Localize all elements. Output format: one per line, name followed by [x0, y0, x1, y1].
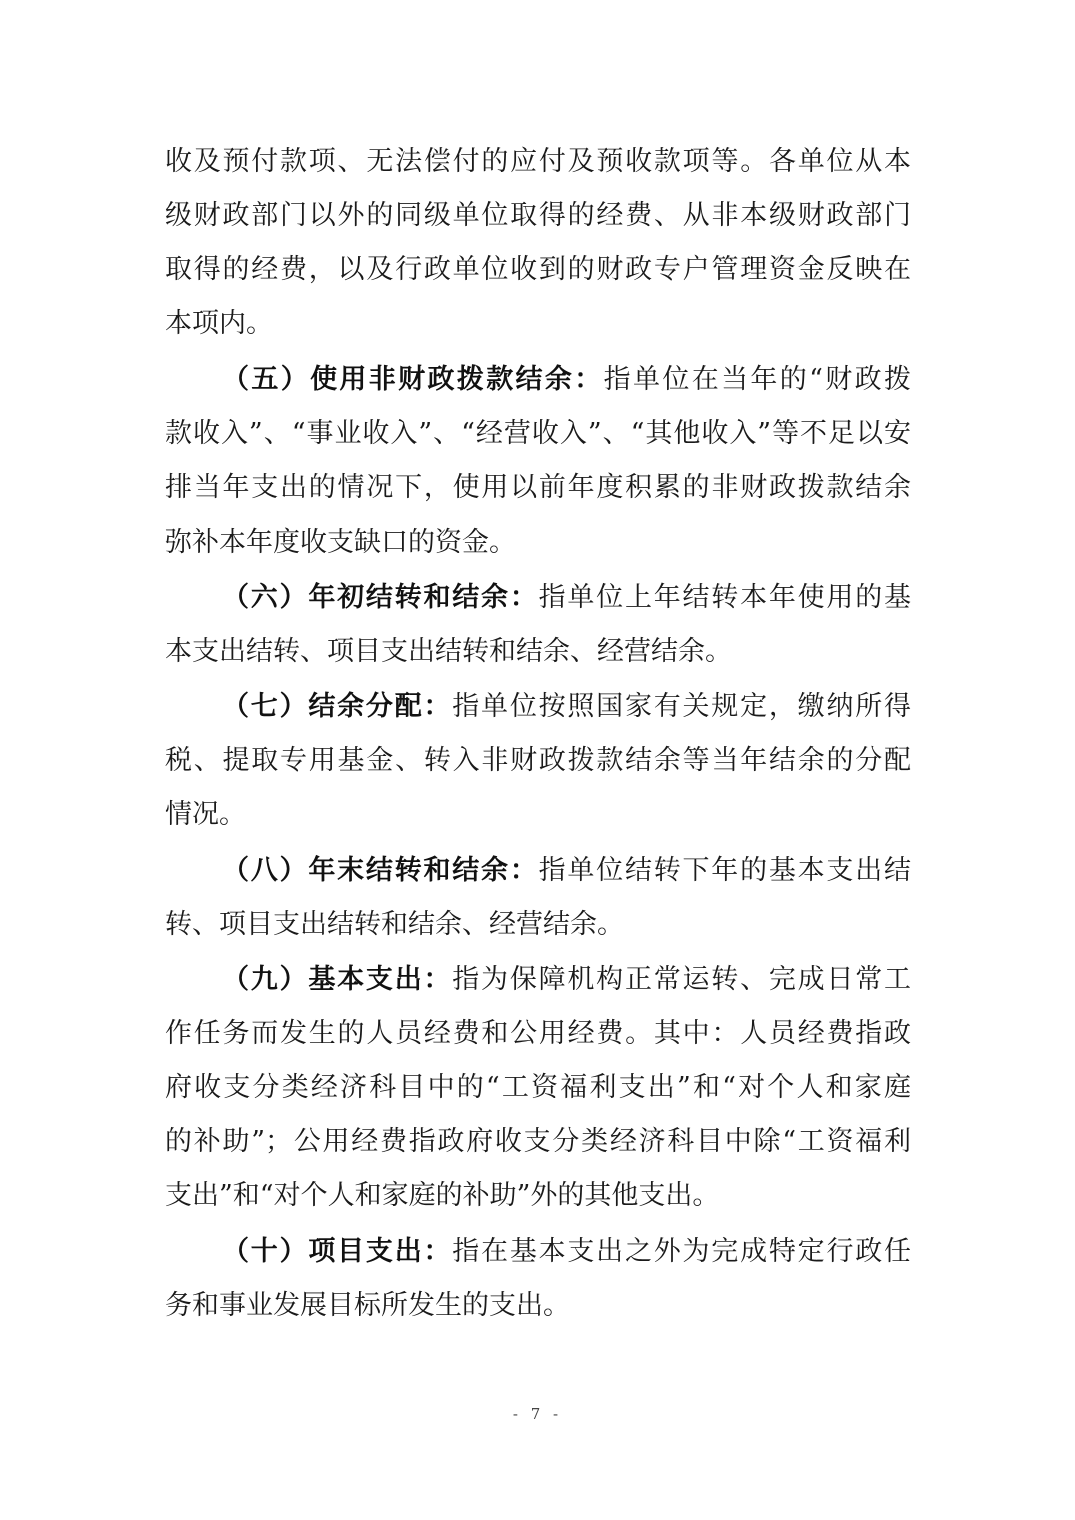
definition-text: 指单位上年结转本年使用的基 — [539, 582, 911, 613]
paragraph-line: 税、提取专用基金、转入非财政拨款结余等当年结余的分配 — [165, 741, 911, 781]
page-number: - 7 - — [0, 1405, 1075, 1423]
paragraph-line: 本支出结转、项目支出结转和结余、经营结余。 — [165, 632, 911, 672]
paragraph-line: 款收入”、“事业收入”、“经营收入”、“其他收入”等不足以安 — [165, 414, 911, 454]
paragraph-item-10-first-line: （十）项目支出：指在基本支出之外为完成特定行政任 — [222, 1232, 911, 1272]
paragraph-item-5-first-line: （五）使用非财政拨款结余：指单位在当年的“财政拨 — [222, 360, 911, 400]
paragraph-item-9-first-line: （九）基本支出：指为保障机构正常运转、完成日常工 — [222, 960, 911, 1000]
paragraph-line: 支出”和“对个人和家庭的补助”外的其他支出。 — [165, 1176, 911, 1216]
paragraph-line: 弥补本年度收支缺口的资金。 — [165, 523, 911, 563]
paragraph-line: 的补助”；公用经费指政府收支分类经济科目中除“工资福利 — [165, 1122, 911, 1162]
term-heading: （八）年末结转和结余： — [222, 855, 539, 886]
term-heading: （六）年初结转和结余： — [222, 582, 539, 613]
definition-text: 指单位按照国家有关规定，缴纳所得 — [452, 691, 911, 722]
paragraph-line: 收及预付款项、无法偿付的应付及预收款项等。各单位从本 — [165, 142, 911, 182]
paragraph-item-7-first-line: （七）结余分配：指单位按照国家有关规定，缴纳所得 — [222, 687, 911, 727]
paragraph-item-8-first-line: （八）年末结转和结余：指单位结转下年的基本支出结 — [222, 851, 911, 891]
term-heading: （五）使用非财政拨款结余： — [222, 364, 604, 395]
paragraph-line: 本项内。 — [165, 304, 911, 344]
definition-text: 指在基本支出之外为完成特定行政任 — [452, 1236, 911, 1267]
definition-text: 指为保障机构正常运转、完成日常工 — [452, 964, 911, 995]
definition-text: 指单位在当年的“财政拨 — [604, 364, 911, 395]
term-heading: （九）基本支出： — [222, 964, 452, 995]
paragraph-item-6-first-line: （六）年初结转和结余：指单位上年结转本年使用的基 — [222, 578, 911, 618]
term-heading: （七）结余分配： — [222, 691, 452, 722]
paragraph-line: 作任务而发生的人员经费和公用经费。其中：人员经费指政 — [165, 1014, 911, 1054]
paragraph-line: 情况。 — [165, 795, 911, 835]
paragraph-line: 级财政部门以外的同级单位取得的经费、从非本级财政部门 — [165, 196, 911, 236]
term-heading: （十）项目支出： — [222, 1236, 452, 1267]
document-page: 收及预付款项、无法偿付的应付及预收款项等。各单位从本 级财政部门以外的同级单位取… — [0, 0, 1075, 1520]
paragraph-line: 取得的经费，以及行政单位收到的财政专户管理资金反映在 — [165, 250, 911, 290]
definition-text: 指单位结转下年的基本支出结 — [539, 855, 911, 886]
paragraph-line: 务和事业发展目标所发生的支出。 — [165, 1286, 911, 1326]
paragraph-line: 府收支分类经济科目中的“工资福利支出”和“对个人和家庭 — [165, 1068, 911, 1108]
paragraph-line: 排当年支出的情况下，使用以前年度积累的非财政拨款结余 — [165, 468, 911, 508]
paragraph-line: 转、项目支出结转和结余、经营结余。 — [165, 905, 911, 945]
